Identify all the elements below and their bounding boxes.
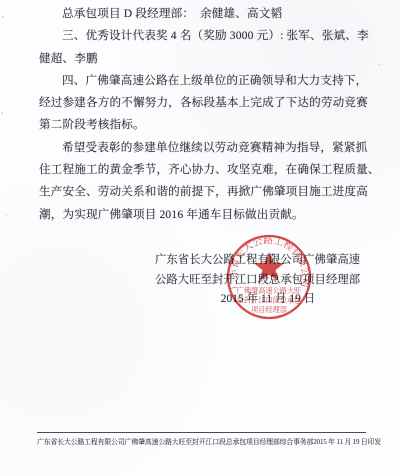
body-line: 住工程施工的黄金季节，齐心协力、攻坚克难，在确保工程质量、 [39, 159, 364, 181]
scan-speckle [378, 64, 380, 65]
footer-issuer: 广东省长大公路工程有限公司广佛肇高速公路大旺至封开江口段总承包项目经理部综合事务… [37, 436, 313, 446]
body-line: 希望受表彰的参建单位继续以劳动竞赛精神为指导，紧紧抓 [39, 137, 364, 159]
footer-issuance-line: 广东省长大公路工程有限公司广佛肇高速公路大旺至封开江口段总承包项目经理部综合事务… [37, 432, 366, 446]
body-line: 四、广佛肇高速公路在上级单位的正确领导和大力支持下， [39, 70, 364, 92]
official-seal-stamp: 广东省长大公路工程有限公司 广佛肇高速公路大旺 至封开江口段总承包 项目经理部 [214, 222, 324, 332]
body-line: 经过参建各方的不懈努力，各标段基本上完成了下达的劳动竞赛 [39, 92, 364, 114]
body-line: 总承包项目 D 段经理部： 余健雄、高文韬 [39, 3, 364, 25]
stamp-inner-line3: 项目经理部 [251, 305, 287, 314]
star-icon [254, 252, 284, 281]
scan-speckle [6, 214, 7, 216]
body-line: 健超、李鹏 [39, 48, 364, 70]
body-line: 三、优秀设计代表奖 4 名（奖励 3000 元）: 张军、张斌、李 [39, 25, 364, 47]
scanned-document-page: 总承包项目 D 段经理部： 余健雄、高文韬 三、优秀设计代表奖 4 名（奖励 3… [0, 0, 400, 476]
footer-issue-date: 2015 年 11 月 19 日印发 [313, 436, 381, 446]
document-body: 总承包项目 D 段经理部： 余健雄、高文韬 三、优秀设计代表奖 4 名（奖励 3… [39, 3, 364, 226]
scan-speckle [2, 16, 4, 18]
stamp-inner-line1: 广佛肇高速公路大旺 [237, 286, 302, 295]
body-line: 生产安全、劳动关系和谐的前提下，再掀广佛肇项目施工进度高 [39, 181, 364, 203]
stamp-inner-line2: 至封开江口段总承包 [237, 296, 302, 305]
scan-speckle [1, 112, 3, 114]
body-line: 第二阶段考核指标。 [39, 114, 364, 136]
